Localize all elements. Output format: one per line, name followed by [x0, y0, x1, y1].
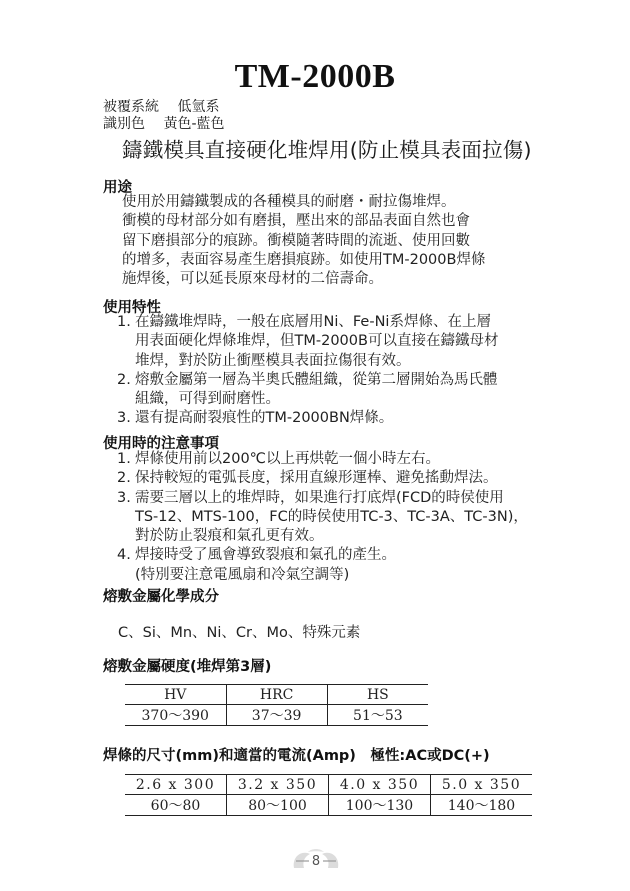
item-number: 3. [117, 409, 135, 428]
table-header-cell: HRC [226, 685, 327, 705]
precautions-list: 1.焊條使用前以200℃以上再烘乾一個小時左右。 2.保持較短的電弧長度，採用直… [117, 450, 537, 585]
item-text: 用表面硬化焊條堆焊，但TM-2000B可以直接在鑄鐵母材 [117, 332, 537, 351]
page-number-footer: 8 [290, 846, 342, 876]
table-cell: 51～53 [327, 705, 428, 726]
page-number: 8 [312, 854, 320, 869]
table-header-cell: 5.0 x 350 [431, 775, 533, 795]
table-cell: 370～390 [125, 705, 226, 726]
table-header-cell: 4.0 x 350 [329, 775, 431, 795]
identification-color-row: 識別色 黃色-藍色 [103, 116, 225, 133]
features-list: 1.在鑄鐵堆焊時，一般在底層用Ni、Fe-Ni系焊條、在上層 用表面硬化焊條堆焊… [117, 313, 537, 429]
features-item: 1.在鑄鐵堆焊時，一般在底層用Ni、Fe-Ni系焊條、在上層 用表面硬化焊條堆焊… [117, 313, 537, 371]
size-current-heading: 焊條的尺寸(mm)和適當的電流(Amp) 極性:AC或DC(+) [103, 744, 490, 765]
usage-line: 施焊後，可以延長原來母材的二倍壽命。 [122, 270, 512, 289]
item-text: TS-12、MTS-100，FC的時侯使用TC-3、TC-3A、TC-3N)， [117, 508, 537, 527]
item-text: 還有提高耐裂痕性的TM-2000BN焊條。 [135, 410, 393, 426]
table-cell: 100～130 [329, 795, 431, 816]
item-number: 3. [117, 489, 135, 508]
precautions-item: 2.保持較短的電弧長度，採用直線形運棒、避免搖動焊法。 [117, 469, 537, 488]
features-item: 2.熔敷金屬第一層為半奧氏體組織，從第二層開始為馬氏體 組織，可得到耐磨性。 [117, 371, 537, 410]
item-number: 2. [117, 371, 135, 390]
product-subtitle: 鑄鐵模具直接硬化堆焊用(防止模具表面拉傷) [122, 133, 532, 163]
hardness-table: HV HRC HS 370～390 37～39 51～53 [125, 684, 428, 726]
coating-system-row: 被覆系統 低氫系 [103, 99, 219, 116]
table-cell: 37～39 [226, 705, 327, 726]
table-cell: 60～80 [125, 795, 227, 816]
hardness-heading: 熔敷金屬硬度(堆焊第3層) [103, 655, 271, 676]
table-header-cell: HV [125, 685, 226, 705]
table-cell: 140～180 [431, 795, 533, 816]
table-header-cell: 3.2 x 350 [227, 775, 329, 795]
coating-system-value: 低氫系 [177, 99, 219, 115]
size-current-table: 2.6 x 300 3.2 x 350 4.0 x 350 5.0 x 350 … [125, 774, 532, 816]
table-row: 60～80 80～100 100～130 140～180 [125, 795, 532, 816]
item-text: 對於防止裂痕和氣孔更有效。 [117, 527, 537, 546]
item-text: 堆焊，對於防止衝壓模具表面拉傷很有效。 [117, 352, 537, 371]
item-text: 組織，可得到耐磨性。 [117, 390, 537, 409]
item-text: 在鑄鐵堆焊時，一般在底層用Ni、Fe-Ni系焊條、在上層 [135, 314, 491, 330]
item-text: 焊接時受了風會導致裂痕和氣孔的產生。 [135, 547, 396, 563]
coating-system-label: 被覆系統 [103, 99, 159, 115]
identification-color-label: 識別色 [103, 116, 145, 132]
page-title: TM-2000B [0, 58, 630, 96]
precautions-item: 4.焊接時受了風會導致裂痕和氣孔的產生。 (特別要注意電風扇和冷氣空調等) [117, 546, 537, 585]
usage-paragraph: 使用於用鑄鐵製成的各種模具的耐磨・耐拉傷堆焊。 衝模的母材部分如有磨損，壓出來的… [122, 193, 512, 289]
usage-line: 使用於用鑄鐵製成的各種模具的耐磨・耐拉傷堆焊。 [122, 193, 512, 212]
item-number: 1. [117, 450, 135, 469]
item-text: 保持較短的電弧長度，採用直線形運棒、避免搖動焊法。 [135, 470, 498, 486]
item-text: 需要三層以上的堆焊時，如果進行打底焊(FCD的時侯使用 [135, 490, 504, 506]
precautions-item: 1.焊條使用前以200℃以上再烘乾一個小時左右。 [117, 450, 537, 469]
item-number: 1. [117, 313, 135, 332]
table-row: 370～390 37～39 51～53 [125, 705, 428, 726]
table-header-cell: 2.6 x 300 [125, 775, 227, 795]
item-text: (特別要注意電風扇和冷氣空調等) [117, 566, 537, 585]
item-number: 2. [117, 469, 135, 488]
table-header-row: 2.6 x 300 3.2 x 350 4.0 x 350 5.0 x 350 [125, 775, 532, 795]
identification-color-value: 黃色-藍色 [163, 116, 224, 132]
item-text: 熔敷金屬第一層為半奧氏體組織，從第二層開始為馬氏體 [135, 372, 498, 388]
usage-line: 留下磨損部分的痕跡。衝模隨著時間的流逝、使用回數 [122, 232, 512, 251]
table-header-cell: HS [327, 685, 428, 705]
precautions-item: 3.需要三層以上的堆焊時，如果進行打底焊(FCD的時侯使用 TS-12、MTS-… [117, 489, 537, 547]
chemistry-heading: 熔敷金屬化學成分 [103, 585, 219, 606]
chemical-elements: C、Si、Mn、Ni、Cr、Mo、特殊元素 [118, 621, 360, 642]
item-number: 4. [117, 546, 135, 565]
usage-line: 的增多，表面容易產生磨損痕跡。如使用TM-2000B焊條 [122, 251, 512, 270]
table-cell: 80～100 [227, 795, 329, 816]
item-text: 焊條使用前以200℃以上再烘乾一個小時左右。 [135, 451, 440, 467]
usage-line: 衝模的母材部分如有磨損，壓出來的部品表面自然也會 [122, 212, 512, 231]
table-header-row: HV HRC HS [125, 685, 428, 705]
features-item: 3.還有提高耐裂痕性的TM-2000BN焊條。 [117, 409, 537, 428]
